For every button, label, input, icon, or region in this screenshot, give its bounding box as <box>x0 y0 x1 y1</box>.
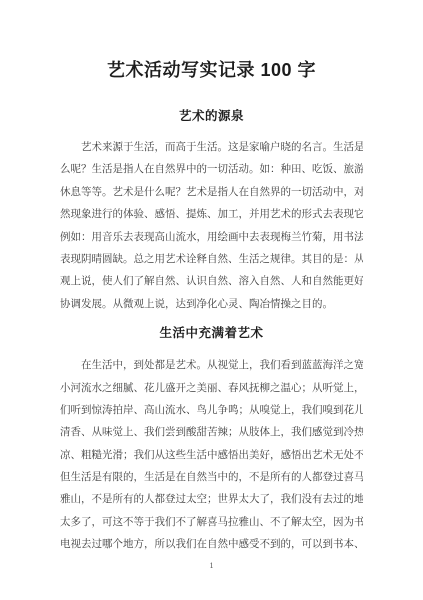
paragraph-line: 例如：用音乐去表现高山流水，用绘画中去表现梅兰竹菊，用书法去 <box>60 227 363 249</box>
section-heading-life-full-of-art: 生活中充满着艺术 <box>60 325 363 341</box>
paragraph-line: 休息等等。艺术是什么呢？艺术是指人在自然界的一切活动中，对自 <box>60 182 363 204</box>
paragraph-line: 清香、从味觉上、我们尝到酸甜苦辣；从肢体上，我们感觉到冷热温 <box>60 422 363 444</box>
document-page: 艺术活动写实记录 100 字 艺术的源泉 艺术来源于生活，而高于生活。这是家喻户… <box>0 0 423 600</box>
paragraph-line: 表现阴晴圆缺。总之用艺术诠释自然、生活之规律。其目的是：从宏 <box>60 249 363 271</box>
paragraph-line: 们听到惊涛拍岸、高山流水、鸟儿争鸣；从嗅觉上，我们嗅到花儿的 <box>60 400 363 422</box>
paragraph-line: 雅山，不是所有的人都登过太空；世界太大了，我们没有去过的地方 <box>60 489 363 511</box>
paragraph-line: 太多了，可这不等于我们不了解喜马拉雅山、不了解太空，因为书本、 <box>60 512 363 534</box>
paragraph-art-source: 艺术来源于生活，而高于生活。这是家喻户晓的名言。生活是什 么呢？生活是指人在自然… <box>60 137 363 316</box>
paragraph-line: 观上说，使人们了解自然、认识自然、溶入自然、人和自然能更好地 <box>60 271 363 293</box>
paragraph-line: 电视去过哪个地方，所以我们在自然中感受不到的，可以到书本、电 <box>60 534 363 556</box>
paragraph-line: 协调发展。从微观上说，达到净化心灵、陶冶情操之目的。 <box>60 294 363 316</box>
paragraph-line: 艺术来源于生活，而高于生活。这是家喻户晓的名言。生活是什 <box>60 137 363 159</box>
paragraph-line: 然现象进行的体验、感悟、提炼、加工，并用艺术的形式去表现它。 <box>60 204 363 226</box>
paragraph-line: 在生活中，到处都是艺术。从视觉上，我们看到蓝蓝海洋之宽阔、 <box>60 355 363 377</box>
paragraph-line: 么呢？生活是指人在自然界中的一切活动。如：种田、吃饭、旅游、 <box>60 159 363 181</box>
paragraph-line: 但生活是有限的，生活是在自然当中的，不是所有的人都登过喜马拉 <box>60 467 363 489</box>
paragraph-line: 凉、粗糙光滑；我们从这些生活中感悟出美好，感悟出艺术无处不在。 <box>60 445 363 467</box>
section-heading-art-source: 艺术的源泉 <box>60 108 363 124</box>
paragraph-life-full-of-art: 在生活中，到处都是艺术。从视觉上，我们看到蓝蓝海洋之宽阔、 小河流水之细腻、花儿… <box>60 355 363 557</box>
paragraph-line: 小河流水之细腻、花儿盛开之美丽、春风抚柳之温心；从听觉上，我 <box>60 378 363 400</box>
page-number: 1 <box>60 560 363 572</box>
page-title: 艺术活动写实记录 100 字 <box>60 57 363 83</box>
